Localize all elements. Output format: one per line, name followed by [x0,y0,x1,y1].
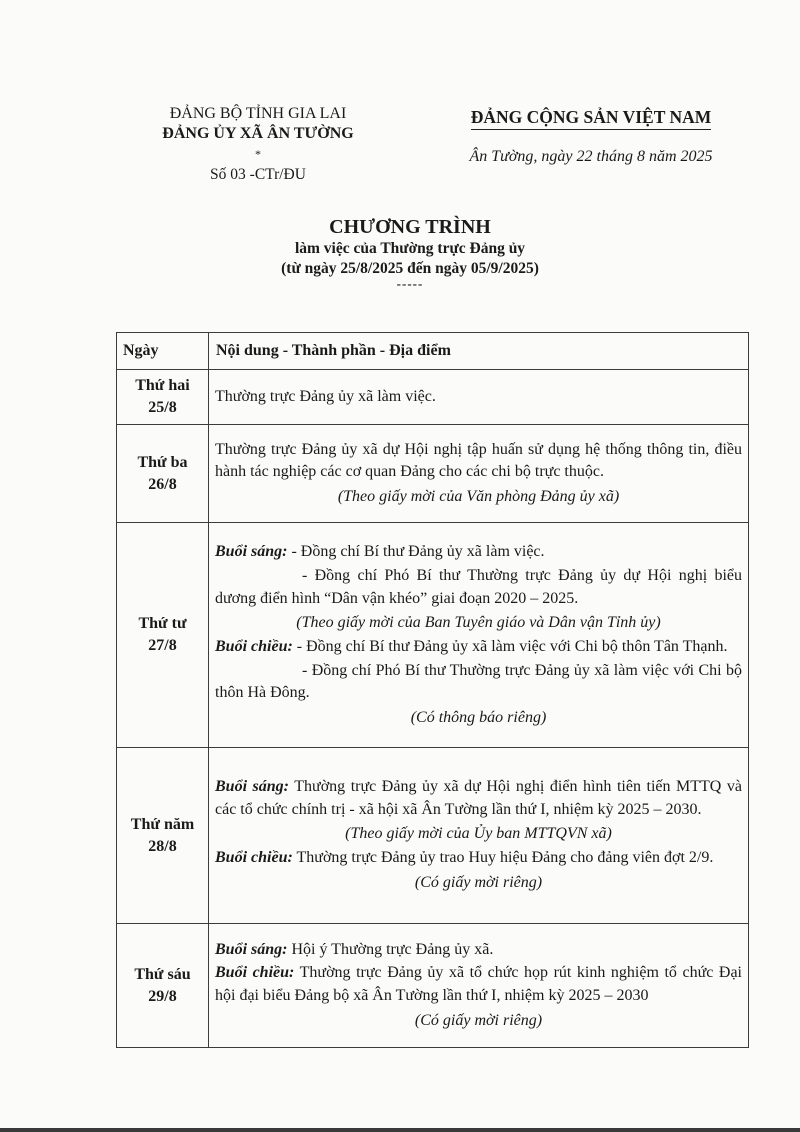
weekday: Thứ năm [117,814,208,836]
weekday: Thứ ba [117,452,208,474]
day-cell: Thứ hai 25/8 [117,370,209,425]
table-row: Thứ tư 27/8 Buổi sáng: - Đồng chí Bí thư… [117,523,749,748]
invitation-note: (Có giấy mời riêng) [215,872,742,894]
morning-session: Buổi sáng: Hội ý Thường trực Đảng ủy xã. [215,939,742,961]
column-header-content: Nội dung - Thành phần - Địa điểm [209,333,749,370]
session-label: Buổi chiều: [215,849,293,866]
afternoon-session: Buổi chiều: Thường trực Đảng ủy trao Huy… [215,847,742,869]
invitation-note: (Theo giấy mời của Ban Tuyên giáo và Dân… [215,612,742,634]
date: 29/8 [117,986,208,1008]
commune-party-committee: ĐẢNG ỦY XÃ ÂN TƯỜNG [135,124,381,144]
activity-text: Thường trực Đảng ủy xã làm việc. [215,386,742,408]
morning-session: Buổi sáng: Thường trực Đảng ủy xã dự Hội… [215,776,742,821]
day-cell: Thứ sáu 29/8 [117,924,209,1048]
content-cell: Thường trực Đảng ủy xã làm việc. [209,370,749,425]
session-label: Buổi sáng: [215,778,289,795]
date: 27/8 [117,635,208,657]
invitation-note: (Theo giấy mời của Văn phòng Đảng ủy xã) [215,486,742,508]
title-separator: ----- [200,279,620,289]
document-number: Số 03 -CTr/ĐU [135,165,381,185]
session-label: Buổi chiều: [215,638,293,655]
document-title: CHƯƠNG TRÌNH [200,216,620,238]
schedule-table: Ngày Nội dung - Thành phần - Địa điểm Th… [116,332,749,1048]
session-label: Buổi sáng: [215,543,287,560]
session-label: Buổi chiều: [215,964,294,981]
content-cell: Thường trực Đảng ủy xã dự Hội nghị tập h… [209,425,749,523]
invitation-note: (Theo giấy mời của Ủy ban MTTQVN xã) [215,823,742,845]
weekday: Thứ tư [117,613,208,635]
afternoon-session: Buổi chiều: Thường trực Đảng ủy xã tổ ch… [215,962,742,1007]
document-title-block: CHƯƠNG TRÌNH làm việc của Thường trực Đả… [200,216,620,289]
content-cell: Buổi sáng: Hội ý Thường trực Đảng ủy xã.… [209,924,749,1048]
document-subtitle: làm việc của Thường trực Đảng ủy [200,239,620,259]
day-cell: Thứ năm 28/8 [117,748,209,924]
afternoon-activity-2: - Đồng chí Phó Bí thư Thường trực Đảng ủ… [215,660,742,705]
weekday: Thứ hai [117,375,208,397]
morning-activity-2: - Đồng chí Phó Bí thư Thường trực Đảng ủ… [215,565,742,610]
table-header-row: Ngày Nội dung - Thành phần - Địa điểm [117,333,749,370]
national-motto-block: ĐẢNG CỘNG SẢN VIỆT NAM Ân Tường, ngày 22… [438,106,744,167]
activity-text: Thường trực Đảng ủy xã dự Hội nghị tập h… [215,439,742,484]
provincial-party-committee: ĐẢNG BỘ TỈNH GIA LAI [135,104,381,124]
table-row: Thứ ba 26/8 Thường trực Đảng ủy xã dự Hộ… [117,425,749,523]
afternoon-session: Buổi chiều: - Đồng chí Bí thư Đảng ủy xã… [215,636,742,658]
table-row: Thứ hai 25/8 Thường trực Đảng ủy xã làm … [117,370,749,425]
invitation-note: (Có giấy mời riêng) [215,1010,742,1032]
day-cell: Thứ tư 27/8 [117,523,209,748]
announcement-note: (Có thông báo riêng) [215,707,742,729]
issuing-authority-block: ĐẢNG BỘ TỈNH GIA LAI ĐẢNG ỦY XÃ ÂN TƯỜNG… [135,104,381,185]
column-header-date: Ngày [117,333,209,370]
table-row: Thứ năm 28/8 Buổi sáng: Thường trực Đảng… [117,748,749,924]
date: 25/8 [117,397,208,419]
content-cell: Buổi sáng: - Đồng chí Bí thư Đảng ủy xã … [209,523,749,748]
session-label: Buổi sáng: [215,941,287,958]
weekday: Thứ sáu [117,964,208,986]
morning-session: Buổi sáng: - Đồng chí Bí thư Đảng ủy xã … [215,541,742,563]
content-cell: Buổi sáng: Thường trực Đảng ủy xã dự Hội… [209,748,749,924]
day-cell: Thứ ba 26/8 [117,425,209,523]
date: 28/8 [117,836,208,858]
table-row: Thứ sáu 29/8 Buổi sáng: Hội ý Thường trự… [117,924,749,1048]
star-separator-icon: * [135,148,381,160]
party-motto: ĐẢNG CỘNG SẢN VIỆT NAM [471,106,712,130]
date: 26/8 [117,474,208,496]
place-and-date: Ân Tường, ngày 22 tháng 8 năm 2025 [438,147,744,167]
scan-bottom-edge [0,1128,800,1132]
document-page: ĐẢNG BỘ TỈNH GIA LAI ĐẢNG ỦY XÃ ÂN TƯỜNG… [0,0,800,1132]
